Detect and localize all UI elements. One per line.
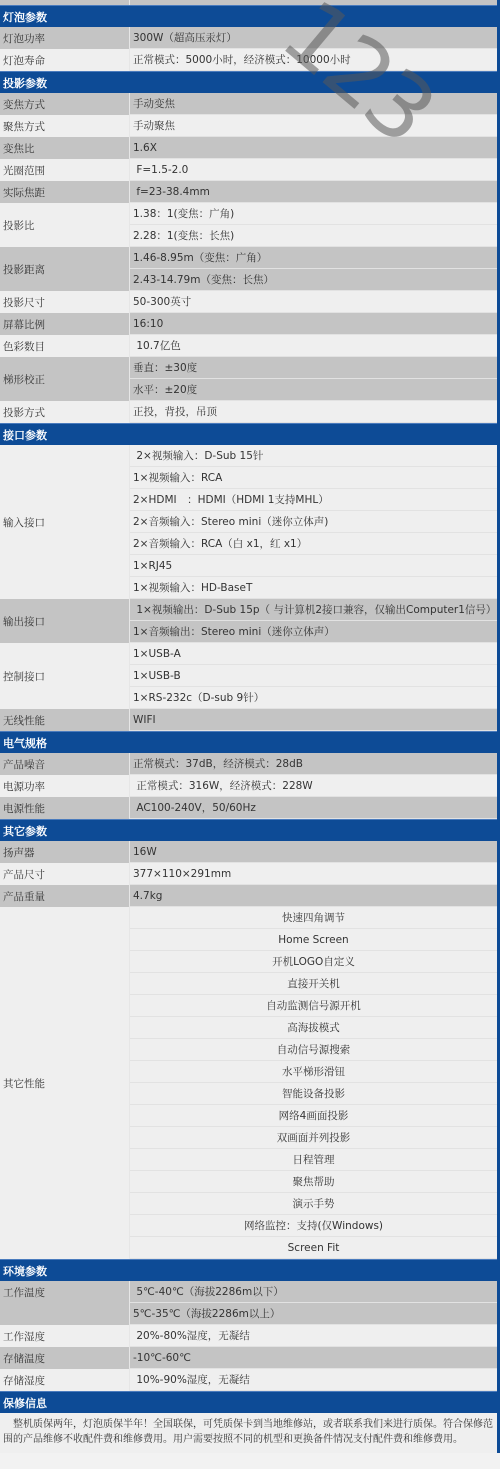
spec-label: 工作湿度	[0, 1325, 130, 1347]
spec-value: 20%-80%湿度，无凝结	[130, 1325, 497, 1347]
spec-value: 1×音频输出：Stereo mini（迷你立体声）	[130, 621, 497, 643]
spec-label: 扬声器	[0, 841, 130, 863]
spec-value: 2×音频输入：Stereo mini（迷你立体声)	[130, 511, 497, 533]
spec-value: 1×视频输入：HD-BaseT	[130, 577, 497, 599]
spec-value: 网络监控：支持(仅Windows)	[130, 1215, 497, 1237]
spec-value: 快速四角调节	[130, 907, 497, 929]
section-header: 其它参数	[0, 819, 497, 841]
spec-value: 4.7kg	[130, 885, 497, 907]
truncated-row	[0, 0, 497, 5]
spec-label: 无线性能	[0, 709, 130, 731]
spec-value: 聚焦帮助	[130, 1171, 497, 1193]
spec-label: 产品噪音	[0, 753, 130, 775]
spec-value: 2×音频输入：RCA（白 x1，红 x1）	[130, 533, 497, 555]
spec-value: 正常模式：37dB，经济模式：28dB	[130, 753, 497, 775]
spec-label: 灯泡寿命	[0, 49, 130, 71]
section-header: 接口参数	[0, 423, 497, 445]
spec-label: 其它性能	[0, 907, 130, 1259]
spec-row: 输出接口 1×视频输出：D-Sub 15p（ 与计算机2接口兼容，仅输出Comp…	[0, 599, 497, 643]
spec-label: 存储湿度	[0, 1369, 130, 1391]
spec-row: 投影距离1.46-8.95m（变焦：广角）2.43-14.79m（变焦：长焦）	[0, 247, 497, 291]
spec-value: 16:10	[130, 313, 497, 335]
spec-value: 2.28：1(变焦：长焦)	[130, 225, 497, 247]
spec-label: 控制接口	[0, 643, 130, 709]
spec-value: 正投，背投，吊顶	[130, 401, 497, 423]
spec-value: 开机LOGO自定义	[130, 951, 497, 973]
spec-value: 自动信号源搜索	[130, 1039, 497, 1061]
spec-label: 产品尺寸	[0, 863, 130, 885]
spec-row: 变焦比1.6X	[0, 137, 497, 159]
spec-row: 其它性能快速四角调节Home Screen开机LOGO自定义直接开关机自动监测信…	[0, 907, 497, 1259]
spec-row: 实际焦距 f=23-38.4mm	[0, 181, 497, 203]
spec-row: 产品噪音正常模式：37dB，经济模式：28dB	[0, 753, 497, 775]
spec-label: 变焦比	[0, 137, 130, 159]
spec-label: 灯泡功率	[0, 27, 130, 49]
spec-value: 16W	[130, 841, 497, 863]
spec-value: 10.7亿色	[130, 335, 497, 357]
section-header: 灯泡参数	[0, 5, 497, 27]
spec-row: 变焦方式手动变焦	[0, 93, 497, 115]
spec-value: 1×视频输出：D-Sub 15p（ 与计算机2接口兼容，仅输出Computer1…	[130, 599, 497, 621]
spec-label: 投影尺寸	[0, 291, 130, 313]
spec-value: Home Screen	[130, 929, 497, 951]
section-header: 保修信息	[0, 1391, 497, 1413]
spec-value: 1×RS-232c（D-sub 9针）	[130, 687, 497, 709]
spec-label: 输入接口	[0, 445, 130, 599]
spec-value: 双画面并列投影	[130, 1127, 497, 1149]
spec-row: 聚焦方式手动聚焦	[0, 115, 497, 137]
spec-value: 5℃-35℃（海拔2286m以上）	[130, 1303, 497, 1325]
spec-label: 投影比	[0, 203, 130, 247]
spec-row: 扬声器16W	[0, 841, 497, 863]
spec-value: 水平梯形滑钮	[130, 1061, 497, 1083]
spec-value: -10℃-60℃	[130, 1347, 497, 1369]
spec-value: 日程管理	[130, 1149, 497, 1171]
spec-value: 10%-90%湿度，无凝结	[130, 1369, 497, 1391]
spec-label: 色彩数目	[0, 335, 130, 357]
spec-value: 水平：±20度	[130, 379, 497, 401]
spec-value: 演示手势	[130, 1193, 497, 1215]
spec-value: 50-300英寸	[130, 291, 497, 313]
spec-row: 电源性能 AC100-240V，50/60Hz	[0, 797, 497, 819]
spec-value: 1×USB-A	[130, 643, 497, 665]
spec-label: 电源性能	[0, 797, 130, 819]
spec-value: Screen Fit	[130, 1237, 497, 1259]
spec-value: 1×视频输入：RCA	[130, 467, 497, 489]
spec-row: 灯泡寿命正常模式：5000小时，经济模式：10000小时	[0, 49, 497, 71]
spec-label: 存储温度	[0, 1347, 130, 1369]
spec-value: 1×USB-B	[130, 665, 497, 687]
spec-row: 投影方式正投，背投，吊顶	[0, 401, 497, 423]
spec-row: 存储湿度 10%-90%湿度，无凝结	[0, 1369, 497, 1391]
spec-value: 2×HDMI ：HDMI（HDMI 1支持MHL）	[130, 489, 497, 511]
spec-row: 工作湿度 20%-80%湿度，无凝结	[0, 1325, 497, 1347]
spec-value: AC100-240V，50/60Hz	[130, 797, 497, 819]
spec-label: 电源功率	[0, 775, 130, 797]
spec-row: 投影比1.38：1(变焦：广角)2.28：1(变焦：长焦)	[0, 203, 497, 247]
spec-value: 自动监测信号源开机	[130, 995, 497, 1017]
warranty-note: 整机质保两年，灯泡质保半年！全国联保，可凭质保卡到当地维修站，或者联系我们来进行…	[0, 1413, 497, 1453]
spec-value: 手动变焦	[130, 93, 497, 115]
spec-label: 产品重量	[0, 885, 130, 907]
spec-label: 屏幕比例	[0, 313, 130, 335]
spec-value: 正常模式：316W，经济模式：228W	[130, 775, 497, 797]
spec-value: F=1.5-2.0	[130, 159, 497, 181]
spec-value: 网络4画面投影	[130, 1105, 497, 1127]
spec-row: 无线性能WIFI	[0, 709, 497, 731]
spec-value: 2.43-14.79m（变焦：长焦）	[130, 269, 497, 291]
section-header: 电气规格	[0, 731, 497, 753]
spec-label: 实际焦距	[0, 181, 130, 203]
spec-row: 存储温度-10℃-60℃	[0, 1347, 497, 1369]
spec-value: 2×视频输入：D-Sub 15针	[130, 445, 497, 467]
spec-row: 光圈范围 F=1.5-2.0	[0, 159, 497, 181]
spec-value: 1.38：1(变焦：广角)	[130, 203, 497, 225]
spec-value: 直接开关机	[130, 973, 497, 995]
spec-label: 输出接口	[0, 599, 130, 643]
spec-row: 灯泡功率300W（超高压汞灯）	[0, 27, 497, 49]
spec-row: 产品重量4.7kg	[0, 885, 497, 907]
spec-value: 1.6X	[130, 137, 497, 159]
spec-label: 投影方式	[0, 401, 130, 423]
spec-row: 产品尺寸377×110×291mm	[0, 863, 497, 885]
spec-row: 电源功率 正常模式：316W，经济模式：228W	[0, 775, 497, 797]
spec-row: 屏幕比例16:10	[0, 313, 497, 335]
spec-value: 1×RJ45	[130, 555, 497, 577]
spec-value: 高海拔模式	[130, 1017, 497, 1039]
spec-row: 色彩数目 10.7亿色	[0, 335, 497, 357]
spec-row: 投影尺寸50-300英寸	[0, 291, 497, 313]
spec-label: 工作温度	[0, 1281, 130, 1325]
spec-value: WIFI	[130, 709, 497, 731]
spec-value: 垂直：±30度	[130, 357, 497, 379]
spec-value: 300W（超高压汞灯）	[130, 27, 497, 49]
spec-row: 控制接口1×USB-A1×USB-B1×RS-232c（D-sub 9针）	[0, 643, 497, 709]
spec-value: 5℃-40℃（海拔2286m以下）	[130, 1281, 497, 1303]
section-header: 环境参数	[0, 1259, 497, 1281]
spec-row: 工作温度 5℃-40℃（海拔2286m以下）5℃-35℃（海拔2286m以上）	[0, 1281, 497, 1325]
spec-value: 1.46-8.95m（变焦：广角）	[130, 247, 497, 269]
spec-value: 手动聚焦	[130, 115, 497, 137]
spec-label: 投影距离	[0, 247, 130, 291]
section-header: 投影参数	[0, 71, 497, 93]
spec-sheet: 灯泡参数灯泡功率300W（超高压汞灯）灯泡寿命正常模式：5000小时，经济模式：…	[0, 0, 500, 1453]
spec-value: 智能设备投影	[130, 1083, 497, 1105]
spec-label: 变焦方式	[0, 93, 130, 115]
spec-value: 377×110×291mm	[130, 863, 497, 885]
spec-label: 梯形校正	[0, 357, 130, 401]
spec-label: 聚焦方式	[0, 115, 130, 137]
spec-row: 输入接口 2×视频输入：D-Sub 15针1×视频输入：RCA2×HDMI ：H…	[0, 445, 497, 599]
spec-value: f=23-38.4mm	[130, 181, 497, 203]
spec-value: 正常模式：5000小时，经济模式：10000小时	[130, 49, 497, 71]
spec-row: 梯形校正垂直：±30度水平：±20度	[0, 357, 497, 401]
spec-label: 光圈范围	[0, 159, 130, 181]
